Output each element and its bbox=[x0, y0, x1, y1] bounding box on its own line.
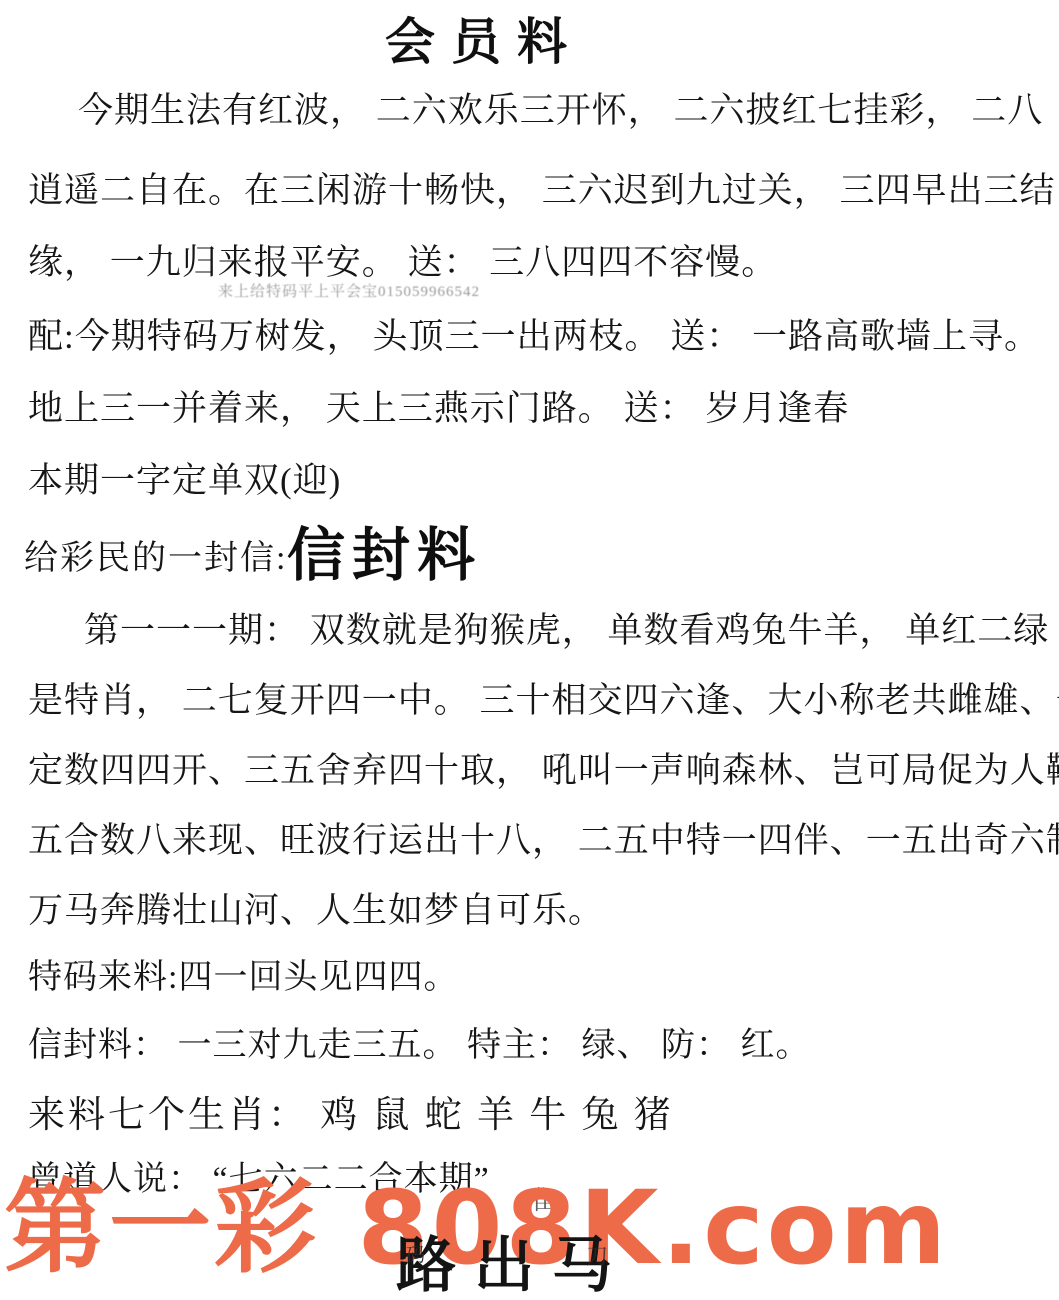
member-earth-line: 地上三一并着来， 天上三燕示门路。 送： 岁月逢春 bbox=[28, 388, 849, 430]
member-section-title: 会员料 bbox=[385, 2, 583, 74]
special-code-line: 特码来料:四一回头见四四。 bbox=[28, 958, 458, 999]
envelope-para-line-2: 是特肖， 二七复开四一中。 三十相交四六逢、大小称老共雌雄、一一 bbox=[28, 680, 1059, 722]
faded-contact-note: 来上给特码平上平会宝015059966542 bbox=[218, 280, 480, 301]
zodiac-line: 来料七个生肖： 鸡 鼠 蛇 羊 牛 兔 猪 bbox=[28, 1094, 674, 1138]
envelope-intro-label: 给彩民的一封信: bbox=[24, 530, 287, 579]
envelope-para-line-5: 万马奔腾壮山河、人生如梦自可乐。 bbox=[28, 890, 604, 932]
envelope-para-line-4: 五合数八来现、旺波行运出十八， 二五中特一四伴、一五出奇六制胜、 bbox=[28, 820, 1059, 862]
member-para-line-1: 今期生法有红波， 二六欢乐三开怀， 二六披红七挂彩， 二八 bbox=[78, 90, 1043, 132]
stray-dao-glyph: 刀 bbox=[586, 1240, 608, 1271]
member-odd-even-line: 本期一字定单双(迎) bbox=[28, 460, 341, 502]
envelope-para-line-1: 第一一一期： 双数就是狗猴虎， 单数看鸡兔牛羊， 单红二绿 bbox=[84, 610, 1049, 652]
member-para-line-2: 逍遥二自在。在三闲游十畅快， 三六迟到九过关， 三四早出三结 bbox=[28, 170, 1056, 212]
envelope-section-title: 信封料 bbox=[287, 508, 482, 592]
scanned-lottery-sheet: 会员料 今期生法有红波， 二六欢乐三开怀， 二六披红七挂彩， 二八 逍遥二自在。… bbox=[0, 0, 1059, 1300]
envelope-para-line-3: 定数四四开、三五舍弃四十取， 吼叫一声响森林、岂可局促为人鞭、四 bbox=[28, 750, 1059, 792]
member-pei-line: 配:今期特码万树发， 头顶三一出两枝。 送： 一路高歌墙上寻。 bbox=[28, 316, 1040, 358]
watermark-cn-text: 第一彩 bbox=[4, 1169, 319, 1288]
envelope-tip-line: 信封料： 一三对九走三五。 特主： 绿、 防： 红。 bbox=[28, 1026, 811, 1067]
member-para-line-3: 缘， 一九归来报平安。 送： 三八四四不容慢。 bbox=[28, 242, 777, 284]
tiny-ma-glyph: 码 bbox=[406, 1240, 425, 1267]
